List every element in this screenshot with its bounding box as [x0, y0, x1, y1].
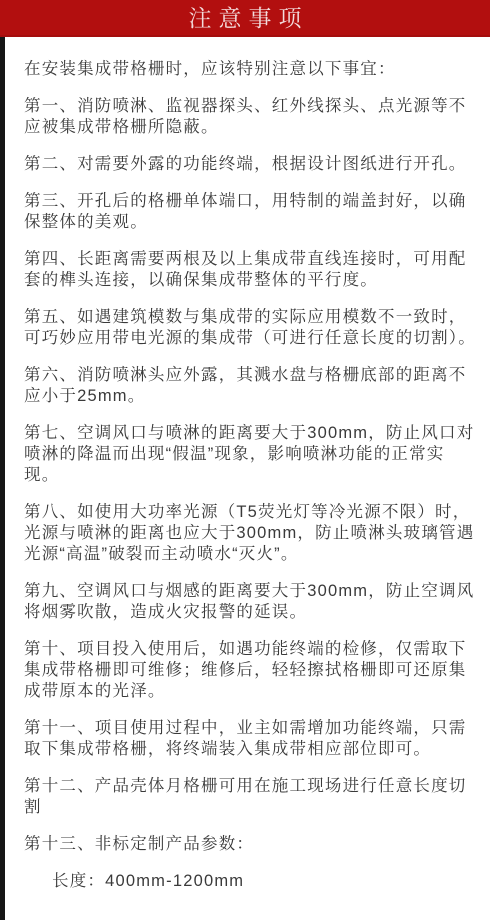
notice-item-7: 第七、空调风口与喷淋的距离要大于300mm，防止风口对喷淋的降温而出现“假温”现… [24, 423, 478, 486]
notice-item-11: 第十一、项目使用过程中，业主如需增加功能终端，只需取下集成带格栅，将终端装入集成… [24, 718, 478, 760]
notice-item-13: 第十三、非标定制产品参数： [24, 834, 478, 855]
notice-item-6: 第六、消防喷淋头应外露，其溅水盘与格栅底部的距离不应小于25mm。 [24, 365, 478, 407]
intro-text: 在安装集成带格栅时，应该特别注意以下事宜： [24, 59, 478, 80]
notice-item-1: 第一、消防喷淋、监视器探头、红外线探头、点光源等不应被集成带格栅所隐蔽。 [24, 96, 478, 138]
notice-item-2: 第二、对需要外露的功能终端，根据设计图纸进行开孔。 [24, 154, 478, 175]
notice-item-5: 第五、如遇建筑模数与集成带的实际应用模数不一致时，可巧妙应用带电光源的集成带（可… [24, 307, 478, 349]
page-title: 注意事项 [182, 7, 309, 30]
notice-item-9: 第九、空调风口与烟感的距离要大于300mm，防止空调风将烟雾吹散，造成火灾报警的… [24, 581, 478, 623]
notice-item-8: 第八、如使用大功率光源（T5荧光灯等冷光源不限）时，光源与喷淋的距离也应大于30… [24, 502, 478, 565]
notice-item-3: 第三、开孔后的格栅单体端口，用特制的端盖封好，以确保整体的美观。 [24, 191, 478, 233]
param-length-line: 长度：400mm-1200mm [24, 871, 478, 892]
notice-item-12: 第十二、产品壳体月格栅可用在施工现场进行任意长度切割 [24, 776, 478, 818]
notice-content: 在安装集成带格栅时，应该特别注意以下事宜： 第一、消防喷淋、监视器探头、红外线探… [5, 37, 490, 920]
header-banner: 注意事项 [0, 0, 490, 37]
notice-page: 注意事项 在安装集成带格栅时，应该特别注意以下事宜： 第一、消防喷淋、监视器探头… [0, 0, 490, 920]
notice-item-4: 第四、长距离需要两根及以上集成带直线连接时，可用配套的榫头连接，以确保集成带整体… [24, 249, 478, 291]
notice-item-10: 第十、项目投入使用后，如遇功能终端的检修，仅需取下集成带格栅即可维修；维修后，轻… [24, 639, 478, 702]
